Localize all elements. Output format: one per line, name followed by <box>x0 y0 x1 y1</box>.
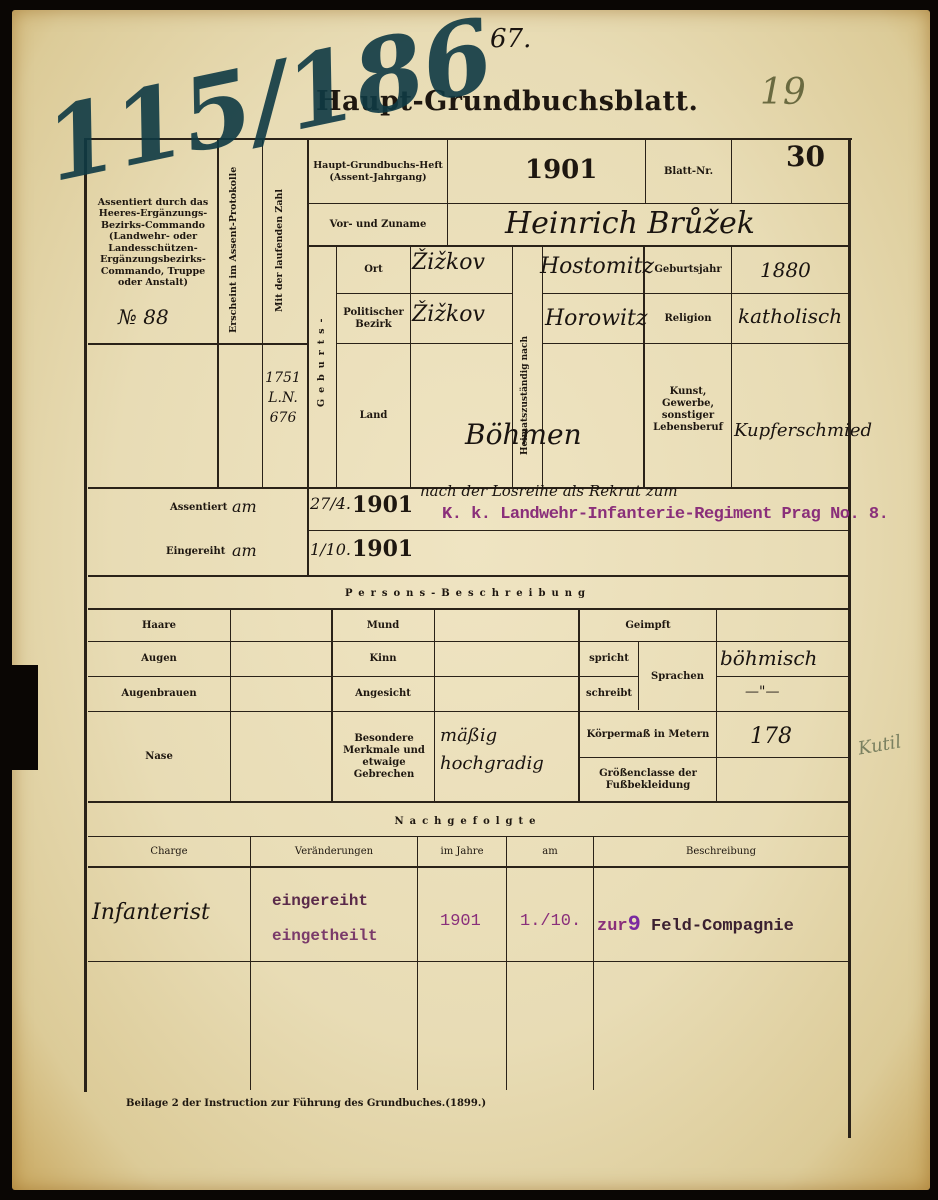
beschreibung-value: zur9 Feld-Compagnie <box>597 912 794 937</box>
schreibt-label: schreibt <box>580 677 638 711</box>
augen-label: Augen <box>88 642 230 676</box>
merkmale-value: mäßig hochgradig <box>440 722 575 778</box>
merkmale-label: Besondere Merkmale und etwaige Gebrechen <box>334 712 434 801</box>
col-jahr: im Jahre <box>418 838 506 866</box>
angesicht-label: Angesicht <box>332 677 434 711</box>
col-am: am <box>507 838 593 866</box>
top-page-number: 67. <box>490 24 531 54</box>
beruf-label: Kunst, Gewerbe, sonstiger Lebensberuf <box>648 375 728 445</box>
eingereiht-year: 1901 <box>352 536 413 562</box>
assentiert-date: 27/4. <box>310 494 351 513</box>
assentiert-durch-value: № 88 <box>118 305 169 329</box>
assentiert-year: 1901 <box>352 492 413 518</box>
schreibt-value: —"— <box>745 684 779 700</box>
veraenderung-1: eingereiht <box>272 892 368 910</box>
religion-label: Religion <box>645 294 731 343</box>
koerpermass-label: Körpermaß in Metern <box>580 712 716 757</box>
spricht-label: spricht <box>580 642 638 676</box>
footer-note: Beilage 2 der Instruction zur Führung de… <box>126 1098 486 1109</box>
laufende-zahl-value: 1751 L.N. 676 <box>258 368 308 428</box>
changes-title: Nachgefolgte <box>88 810 848 834</box>
geburts-label: Geburts- <box>316 290 327 430</box>
haare-label: Haare <box>88 611 230 641</box>
land-label: Land <box>337 344 410 487</box>
description-title: Persons-Beschreibung <box>88 582 848 606</box>
name-value: Heinrich Brůžek <box>505 206 755 241</box>
bezirk-heimat-value: Horowitz <box>545 306 648 331</box>
koerpermass-value: 178 <box>750 724 792 749</box>
col-charge: Charge <box>88 838 250 866</box>
blatt-value: 30 <box>786 140 825 173</box>
heft-value: 1901 <box>525 155 597 185</box>
name-label: Vor- und Zuname <box>310 204 446 245</box>
heft-label: Haupt-Grundbuchs-Heft (Assent-Jahrgang) <box>310 142 446 202</box>
protokoll-label: Erscheint im Assent-Protokolle <box>228 160 239 340</box>
augenbrauen-label: Augenbrauen <box>88 677 230 711</box>
religion-value: katholisch <box>738 304 842 328</box>
regiment-stamp: K. k. Landwehr-Infanterie-Regiment Prag … <box>442 505 888 524</box>
veraenderung-2: eingetheilt <box>272 927 378 945</box>
assentiert-hand: am <box>232 497 257 516</box>
bezirk-birth-value: Žižkov <box>412 302 485 327</box>
ort-label: Ort <box>337 247 410 293</box>
spricht-value: böhmisch <box>720 646 817 670</box>
jahr-value: 1901 <box>440 912 481 931</box>
fussbekleidung-label: Größenclasse der Fußbekleidung <box>580 758 716 801</box>
geburtsjahr-value: 1880 <box>760 258 811 282</box>
beruf-value: Kupferschmied <box>734 420 872 441</box>
torn-edge <box>12 665 38 770</box>
geburtsjahr-label: Geburtsjahr <box>645 247 731 293</box>
ort-birth-value: Žižkov <box>412 250 485 275</box>
assentiert-durch-label: Assentiert durch das Heeres-Ergänzungs-B… <box>90 185 216 300</box>
assentiert-note: nach der Losreihe als Rekrut zum <box>420 482 678 500</box>
bezirk-label: Politischer Bezirk <box>337 294 410 343</box>
assentiert-label: Assentiert <box>170 502 227 513</box>
laufende-zahl-label: Mit der laufenden Zahl <box>274 160 285 340</box>
sprachen-label: Sprachen <box>639 642 716 711</box>
kinn-label: Kinn <box>332 642 434 676</box>
geimpft-label: Geimpft <box>580 611 716 641</box>
blatt-label: Blatt-Nr. <box>646 142 731 202</box>
corner-number: 19 <box>760 72 806 113</box>
eingereiht-hand: am <box>232 541 257 560</box>
nase-label: Nase <box>88 712 230 801</box>
heimat-label: Heimatszuständig nach <box>520 300 530 490</box>
col-veraenderungen: Veränderungen <box>251 838 417 866</box>
mund-label: Mund <box>332 611 434 641</box>
eingereiht-date: 1/10. <box>310 540 351 559</box>
am-value: 1./10. <box>520 912 581 931</box>
col-beschreibung: Beschreibung <box>594 838 848 866</box>
charge-value: Infanterist <box>92 900 210 925</box>
eingereiht-label: Eingereiht <box>166 546 225 557</box>
ort-heimat-value: Hostomitz <box>540 254 654 279</box>
